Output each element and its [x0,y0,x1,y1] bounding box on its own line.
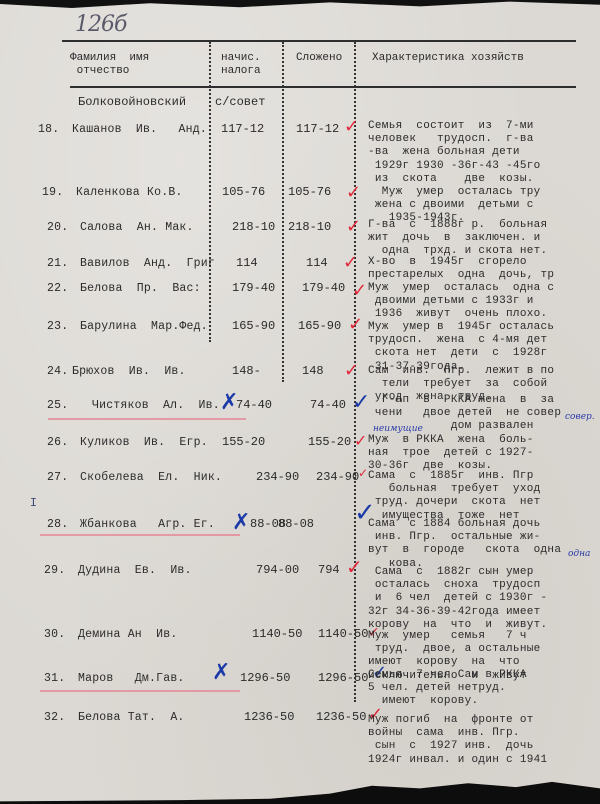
row-27-description: Сама с 1885г инв. Пгр больная требует ух… [368,470,541,523]
row-23-number: 23. [47,320,68,333]
row-27-paid: 234-90 [316,470,359,484]
red-underline [40,534,240,536]
check-mark-icon: ✓ [352,282,367,300]
row-26-number: 26. [47,436,68,449]
row-21-description: Х-во в 1945г сгорело престарелых одна до… [368,256,554,282]
row-27-assessed: 234-90 [256,470,299,484]
row-31-number: 31. [44,672,65,685]
row-24-paid: 148 [302,364,324,378]
row-25-number: 25. [47,399,68,412]
header-name-column: Фамилия имя отчество [70,52,149,78]
cross-mark-icon: ✗ [232,510,250,535]
row-28-paid: 88-08 [278,517,314,531]
row-30-number: 30. [44,628,65,641]
row-32-name: Белова Тат. А. [78,711,185,724]
row-22-assessed: 179-40 [232,281,275,295]
row-21-assessed: 114 [236,256,258,270]
row-19-name: Каленкова Ко.В. [76,186,183,199]
torn-edge-bottom [0,778,600,804]
row-21-number: 21. [47,257,68,270]
header-assessed-column: начис. налога [221,52,261,78]
check-mark-icon: ✓ [346,558,363,576]
row-25-paid: 74-40 [310,398,346,412]
row-24-number: 24. [47,365,68,378]
row-31-name: Маров Дм.Гав. [78,672,185,685]
row-32-assessed: 1236-50 [244,710,294,724]
row-22-description: Муж умер осталась одна с двоими детьми с… [368,282,554,322]
council-label: с/совет [215,95,265,109]
header-description-column: Характеристика хозяйств [372,52,524,65]
check-mark-icon: ✓ [346,218,361,236]
row-23-paid: 165-90 [298,319,341,333]
row-19-paid: 105-76 [288,185,331,199]
check-mark-icon: ✓ [343,254,358,272]
header-rule-top [62,40,576,42]
row-31-description: Семья 7 чел Сам в РККА 5 чел. детей нетр… [368,669,527,709]
row-26-name: Куликов Ив. Егр. [80,436,208,449]
row-29-paid: 794 [318,563,340,577]
red-underline [48,418,246,420]
row-28-number: 28. [47,518,68,531]
row-21-name: Вавилов Анд. Григ [80,257,215,270]
row-32-paid: 1236-50 [316,710,366,724]
row-27-number: 27. [47,471,68,484]
check-mark-icon: ✓ [358,464,368,482]
row-18-description: Семья состоит из 7-ми человек трудосп. г… [368,120,541,186]
row-32-description: Муж погиб на фронте от войны сама инв. П… [368,714,547,767]
row-22-name: Белова Пр. Вас: [80,282,201,295]
handwritten-note: неимущие [373,424,423,434]
cross-mark-icon: ✗ [212,660,230,685]
check-mark-icon: ✓ [348,316,363,334]
row-18-number: 18. [38,123,59,136]
row-23-name: Барулина Мар.Фед. [80,320,208,333]
row-27-name: Скобелева Ел. Ник. [80,471,222,484]
row-24-assessed: 148- [232,364,261,378]
row-30-name: Демина Ан Ив. [78,628,177,641]
row-25-assessed: 74-40 [236,398,272,412]
village-label: Болковойновский [78,95,186,109]
row-26-paid: 155-20 [308,435,351,449]
row-18-paid: 117-12 [296,122,339,136]
row-20-name: Салова Ан. Мак. [80,221,194,234]
row-26-assessed: 155-20 [222,435,265,449]
column-divider-2 [282,42,284,382]
row-21-paid: 114 [306,256,328,270]
row-23-assessed: 165-90 [232,319,275,333]
torn-edge-top [0,0,600,8]
row-22-number: 22. [47,282,68,295]
row-30-assessed: 1140-50 [252,627,302,641]
row-24-name: Брюхов Ив. Ив. [72,365,186,378]
row-19-assessed: 105-76 [222,185,265,199]
row-30-paid: 1140-50 [318,627,368,641]
row-29-number: 29. [44,564,65,577]
document-page: 126б Фамилия имя отчество начис. налога … [0,0,600,804]
row-29-name: Дудина Ев. Ив. [78,564,192,577]
row-18-assessed: 117-12 [221,122,264,136]
row-22-paid: 179-40 [302,281,345,295]
row-28-description: Сама с 1884 больная дочь инв. Пгр. остал… [368,518,561,571]
row-19-number: 19. [42,186,63,199]
header-paid-column: Сложено [296,52,342,65]
handwritten-note: одна [568,549,590,559]
check-mark-icon: ✓ [346,184,361,202]
row-20-number: 20. [47,221,68,234]
row-26-description: Муж в РККА жена боль- ная трое детей с 1… [368,434,534,474]
row-31-paid: 1296-50 [318,671,368,685]
red-underline [40,690,240,692]
header-rule-bottom [70,86,576,88]
check-mark-icon: ✓ [344,118,359,136]
row-29-description: Сама с 1882г сын умер осталась сноха тру… [368,566,547,632]
check-mark-icon: ✓ [344,362,359,380]
row-32-number: 32. [44,711,65,724]
handwritten-note: совер. [565,412,595,422]
margin-mark: I [30,497,37,510]
row-29-assessed: 794-00 [256,563,299,577]
column-divider-1 [209,42,211,342]
row-25-name: Чистяков Ал. Ив. [92,399,220,412]
check-mark-icon: ✓ [354,432,367,450]
row-20-paid: 218-10 [288,220,331,234]
row-18-name: Кашанов Ив. Анд. [72,123,207,136]
row-20-description: Г-ва с 1888г р. больная жит дочь в заклю… [368,219,547,259]
handwritten-page-number: 126б [75,12,126,37]
row-31-assessed: 1296-50 [240,671,290,685]
row-28-name: Жбанкова Агр. Ег. [80,518,215,531]
row-20-assessed: 218-10 [232,220,275,234]
